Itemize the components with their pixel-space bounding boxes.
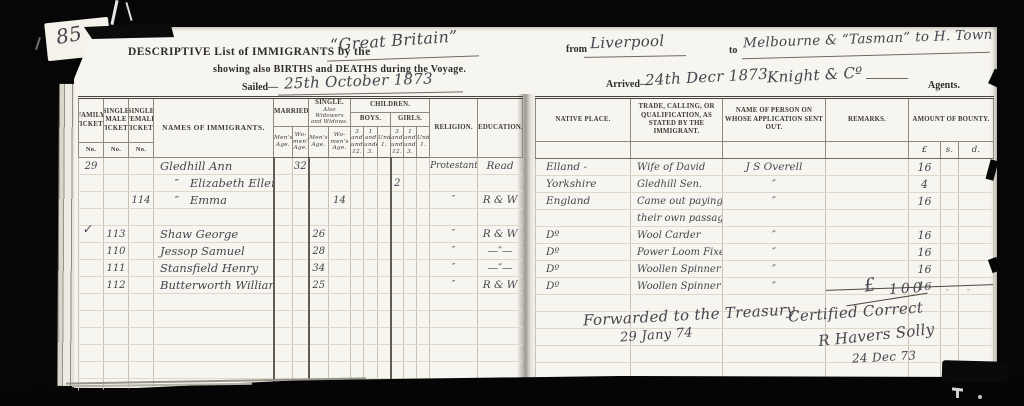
- cell-person: ″: [723, 244, 826, 261]
- cell-b3: [378, 277, 391, 294]
- col-children: CHILDREN.: [351, 98, 430, 113]
- cell-education: [478, 175, 523, 192]
- empty-row: [536, 346, 994, 363]
- single-male-label: SINGLE MALE TICKETS: [104, 99, 128, 143]
- single-mens-age: Men's Age.: [309, 127, 329, 158]
- family-no-label: No.: [79, 143, 103, 157]
- cell-empty: [404, 328, 417, 345]
- cell-empty: [478, 294, 523, 311]
- cell-g3: [417, 158, 430, 175]
- cell-education: —″—: [478, 243, 523, 260]
- cell-empty: [329, 311, 351, 328]
- cell-b1: [351, 277, 364, 294]
- cell-empty: [723, 346, 826, 363]
- cell-b3: [378, 209, 391, 226]
- cell-empty: [364, 345, 378, 362]
- cell-empty: [329, 362, 351, 379]
- girls-3-12: 3 and under 12.: [391, 127, 404, 158]
- cell-remarks: [826, 193, 909, 210]
- cell-mar-m: [274, 277, 293, 294]
- cell-empty: [104, 328, 129, 345]
- cell-education: [478, 209, 523, 226]
- cell-empty: [478, 345, 523, 362]
- cell-b1: [351, 226, 364, 243]
- cell-person: ″: [723, 193, 826, 210]
- binder-clip-bottom-right: [942, 360, 1009, 383]
- cell-empty: [404, 345, 417, 362]
- cell-native: Dº: [536, 227, 631, 244]
- cell-empty: [154, 362, 274, 379]
- single-female-no-label: No.: [129, 143, 153, 157]
- cell-sin-m: [309, 209, 329, 226]
- cell-empty: [129, 311, 154, 328]
- cell-empty: [329, 345, 351, 362]
- cell-b3: [378, 226, 391, 243]
- cell-empty: [404, 362, 417, 379]
- cell-empty: [417, 362, 430, 379]
- cell-empty: [293, 362, 309, 379]
- cell-sf: [129, 175, 154, 192]
- cell-g1: 2: [391, 175, 404, 192]
- agent-dash: [866, 78, 908, 79]
- cell-b3: [378, 192, 391, 209]
- cell-b2: [364, 175, 378, 192]
- cell-family: [79, 260, 104, 277]
- empty-row: [79, 328, 523, 345]
- cell-family: [79, 277, 104, 294]
- immigrants-table-header: FAMILY TICKETS No. SINGLE MALE TICKETS N…: [79, 98, 523, 158]
- remarks-spacer: [826, 142, 909, 159]
- boys-3-12: 3 and under 12.: [351, 127, 364, 158]
- cell-name: Butterworth William: [154, 277, 274, 294]
- col-single-female-tickets: SINGLE FEMALE TICKETS No.: [129, 98, 154, 158]
- cell-trade: Power Loom Fixer: [631, 244, 723, 261]
- cell-empty: [364, 328, 378, 345]
- bounty-row: EnglandCame out paying″16: [536, 193, 994, 210]
- girls-1-3: 1 and under 3.: [404, 127, 417, 158]
- cell-g1: [391, 192, 404, 209]
- person-spacer: [723, 142, 826, 159]
- cell-empty: [430, 328, 478, 345]
- cell-g2: [404, 260, 417, 277]
- cell-education: R & W: [478, 277, 523, 294]
- cell-empty: [378, 294, 391, 311]
- cell-empty: [293, 294, 309, 311]
- cell-sin-m: [309, 192, 329, 209]
- cell-mar-w: [293, 226, 309, 243]
- cell-empty: [274, 294, 293, 311]
- cell-trade: Wool Carder: [631, 227, 723, 244]
- cell-b2: [364, 277, 378, 294]
- cell-g1: [391, 158, 404, 175]
- cell-education: R & W: [478, 226, 523, 243]
- cell-empty: [351, 311, 364, 328]
- cell-empty: [293, 345, 309, 362]
- cell-empty: [309, 294, 329, 311]
- shillings-label: s.: [941, 142, 959, 159]
- cell-sin-w: [329, 277, 351, 294]
- cell-native: Dº: [536, 244, 631, 261]
- cell-mar-w: [293, 175, 309, 192]
- col-education: EDUCATION.: [478, 98, 523, 158]
- sailed-label: Sailed—: [242, 82, 278, 93]
- cell-sin-w: 14: [329, 192, 351, 209]
- immigrant-row: 114 ″ Emma14″R & W: [79, 192, 523, 209]
- cell-mar-m: [274, 175, 293, 192]
- married-mens-age: Men's Age.: [274, 127, 293, 158]
- cell-b2: [364, 209, 378, 226]
- row-checkmark: ✓: [81, 221, 93, 236]
- cell-empty: [391, 328, 404, 345]
- cell-g1: [391, 209, 404, 226]
- cell-religion: ″: [430, 277, 478, 294]
- cell-empty: [430, 294, 478, 311]
- col-married: MARRIED.: [274, 98, 309, 127]
- cell-empty: [351, 345, 364, 362]
- cell-empty: [430, 362, 478, 379]
- cell-empty: [417, 311, 430, 328]
- cell-native: [536, 210, 631, 227]
- empty-row: [79, 294, 523, 311]
- cell-family: [79, 243, 104, 260]
- total-currency: £: [863, 274, 878, 296]
- cell-empty: [104, 311, 129, 328]
- cell-b2: [364, 243, 378, 260]
- cell-empty: [79, 311, 104, 328]
- binder-clip-wire: [110, 0, 118, 25]
- page-number: 85: [54, 21, 84, 49]
- cell-empty: [274, 311, 293, 328]
- cell-b2: [364, 158, 378, 175]
- cell-empty: [274, 345, 293, 362]
- cell-sin-w: [329, 209, 351, 226]
- cell-name: Jessop Samuel: [154, 243, 274, 260]
- from-label: from: [566, 44, 587, 55]
- cell-g3: [417, 175, 430, 192]
- cell-pounds: 16: [909, 244, 941, 261]
- cell-empty: [391, 345, 404, 362]
- cell-g3: [417, 226, 430, 243]
- col-family-tickets: FAMILY TICKETS No.: [79, 98, 104, 158]
- cell-sm: [104, 209, 129, 226]
- single-note: Also Widowers and Widows.: [309, 108, 350, 126]
- cell-education: Read: [478, 158, 523, 175]
- empty-row: [79, 345, 523, 362]
- cell-empty: [631, 346, 723, 363]
- cell-religion: ″: [430, 243, 478, 260]
- cell-sf: [129, 226, 154, 243]
- cell-empty: [79, 294, 104, 311]
- cell-sf: [129, 209, 154, 226]
- empty-row: [79, 311, 523, 328]
- cell-sin-w: [329, 260, 351, 277]
- immigrant-row: [79, 209, 523, 226]
- cell-g3: [417, 192, 430, 209]
- cell-empty: [154, 328, 274, 345]
- cell-sin-m: 26: [309, 226, 329, 243]
- agents-label: Agents.: [928, 80, 960, 91]
- cell-name: [154, 209, 274, 226]
- bounty-row: YorkshireGledhill Sen.″4: [536, 176, 994, 193]
- cell-b3: [378, 175, 391, 192]
- cell-trade: Woollen Spinner: [631, 278, 723, 295]
- immigrant-row: 112Butterworth William25″R & W: [79, 277, 523, 294]
- cell-sin-m: 28: [309, 243, 329, 260]
- cell-b2: [364, 260, 378, 277]
- cell-empty: [309, 362, 329, 379]
- cell-empty: [104, 362, 129, 379]
- cell-person: ″: [723, 176, 826, 193]
- cell-empty: [941, 312, 959, 329]
- cell-mar-m: [274, 243, 293, 260]
- cell-empty: [351, 328, 364, 345]
- cell-religion: ″: [430, 226, 478, 243]
- cell-sin-w: [329, 158, 351, 175]
- col-single: SINGLE. Also Widowers and Widows.: [309, 98, 351, 127]
- bounty-row: Elland -Wife of DavidJ S Overell16: [536, 159, 994, 176]
- cell-empty: [941, 295, 959, 312]
- cell-empty: [309, 345, 329, 362]
- cell-sm: 110: [104, 243, 129, 260]
- cell-family: [79, 175, 104, 192]
- boys-1-3: 1 and under 3.: [364, 127, 378, 158]
- cell-sf: [129, 243, 154, 260]
- cell-pence: [959, 227, 994, 244]
- bounty-row: DºWool Carder″16: [536, 227, 994, 244]
- cell-empty: [79, 328, 104, 345]
- immigrant-row: 29Gledhill Ann32ProtestantRead: [79, 158, 523, 175]
- cell-mar-w: [293, 260, 309, 277]
- cell-g2: [404, 158, 417, 175]
- cell-g3: [417, 243, 430, 260]
- col-native-place: NATIVE PLACE.: [536, 98, 631, 142]
- cell-native: Yorkshire: [536, 176, 631, 193]
- cell-empty: [430, 345, 478, 362]
- cell-name: Stansfield Henry: [154, 260, 274, 277]
- cell-empty: [417, 294, 430, 311]
- cell-b1: [351, 158, 364, 175]
- cell-remarks: [826, 210, 909, 227]
- col-person: NAME OF PERSON ON WHOSE APPLICATION SENT…: [723, 98, 826, 142]
- cell-g3: [417, 277, 430, 294]
- cell-b1: [351, 209, 364, 226]
- scan-artifact-mark: [956, 390, 959, 398]
- cell-family: 29: [79, 158, 104, 175]
- cell-empty: [536, 329, 631, 346]
- cell-remarks: [826, 159, 909, 176]
- cell-remarks: [826, 176, 909, 193]
- cell-empty: [104, 345, 129, 362]
- cell-empty: [364, 362, 378, 379]
- cell-education: R & W: [478, 192, 523, 209]
- cell-empty: [378, 328, 391, 345]
- cell-sm: 112: [104, 277, 129, 294]
- cell-g1: [391, 243, 404, 260]
- cell-g3: [417, 260, 430, 277]
- family-tickets-label: FAMILY TICKETS: [79, 99, 103, 143]
- cell-empty: [309, 311, 329, 328]
- cell-shillings: [941, 159, 959, 176]
- cell-native: Dº: [536, 278, 631, 295]
- cell-name: ″ Emma: [154, 192, 274, 209]
- cell-empty: [104, 294, 129, 311]
- cell-person: ″: [723, 261, 826, 278]
- cell-name: Gledhill Ann: [154, 158, 274, 175]
- cell-sin-m: 25: [309, 277, 329, 294]
- immigrant-row: 110Jessop Samuel28″—″—: [79, 243, 523, 260]
- cell-g2: [404, 192, 417, 209]
- cell-b3: [378, 243, 391, 260]
- cell-sf: [129, 158, 154, 175]
- cell-mar-w: [293, 209, 309, 226]
- cell-trade: Gledhill Sen.: [631, 176, 723, 193]
- cell-sm: 113: [104, 226, 129, 243]
- cell-empty: [329, 294, 351, 311]
- cell-sm: [104, 158, 129, 175]
- cell-empty: [959, 295, 994, 312]
- cell-name: ″ Elizabeth Ellen: [154, 175, 274, 192]
- cell-empty: [478, 311, 523, 328]
- cell-empty: [959, 312, 994, 329]
- cell-b1: [351, 260, 364, 277]
- scanned-ledger-spread: 85 DESCRIPTIVE List of IMMIGRANTS by the…: [0, 0, 1024, 406]
- cell-g2: [404, 209, 417, 226]
- cell-person: ″: [723, 227, 826, 244]
- stray-mark: [35, 37, 41, 50]
- cell-family: [79, 192, 104, 209]
- cell-g2: [404, 226, 417, 243]
- cell-b3: [378, 158, 391, 175]
- cell-empty: [274, 362, 293, 379]
- cell-empty: [391, 311, 404, 328]
- cell-g3: [417, 209, 430, 226]
- col-names: NAMES OF IMMIGRANTS.: [154, 98, 274, 158]
- cell-mar-w: 32: [293, 158, 309, 175]
- cell-empty: [404, 294, 417, 311]
- cell-g2: [404, 175, 417, 192]
- cell-religion: Protestant: [430, 158, 478, 175]
- cell-sm: 111: [104, 260, 129, 277]
- cell-native: Elland -: [536, 159, 631, 176]
- cell-sin-m: 34: [309, 260, 329, 277]
- col-amount-of-bounty: AMOUNT OF BOUNTY.: [909, 98, 994, 142]
- cell-empty: [417, 345, 430, 362]
- cell-empty: [378, 362, 391, 379]
- cell-person: [723, 210, 826, 227]
- trade-spacer: [631, 142, 723, 159]
- cell-sm: [104, 192, 129, 209]
- cell-sm: [104, 175, 129, 192]
- cell-empty: [293, 328, 309, 345]
- cell-person: ″: [723, 278, 826, 295]
- cell-name: Shaw George: [154, 226, 274, 243]
- cell-empty: [723, 329, 826, 346]
- cell-empty: [430, 311, 478, 328]
- binder-clip-wire: [125, 2, 132, 21]
- cell-person: J S Overell: [723, 159, 826, 176]
- cell-empty: [129, 345, 154, 362]
- native-place-spacer: [536, 142, 631, 159]
- cell-sin-m: [309, 175, 329, 192]
- to-label: to: [729, 45, 737, 56]
- cell-b1: [351, 243, 364, 260]
- col-boys: BOYS.: [351, 112, 391, 127]
- cell-pounds: 16: [909, 159, 941, 176]
- immigrant-row: 111Stansfield Henry34″—″—: [79, 260, 523, 277]
- cell-empty: [478, 328, 523, 345]
- cell-religion: [430, 175, 478, 192]
- boys-u1: Under 1.: [378, 127, 391, 158]
- cell-g2: [404, 243, 417, 260]
- cell-remarks: [826, 227, 909, 244]
- cell-pounds: 16: [909, 193, 941, 210]
- cell-pounds: 16: [909, 261, 941, 278]
- cell-shillings: [941, 227, 959, 244]
- cell-mar-m: [274, 192, 293, 209]
- cell-sin-w: [329, 175, 351, 192]
- cell-native: England: [536, 193, 631, 210]
- col-religion: RELIGION.: [430, 98, 478, 158]
- cell-pounds: 16: [909, 227, 941, 244]
- cell-sin-m: [309, 158, 329, 175]
- cell-empty: [351, 362, 364, 379]
- cell-empty: [329, 328, 351, 345]
- col-remarks: REMARKS.: [826, 98, 909, 142]
- col-single-male-tickets: SINGLE MALE TICKETS No.: [104, 98, 129, 158]
- cell-empty: [129, 362, 154, 379]
- cell-b1: [351, 175, 364, 192]
- cell-trade: their own passage: [631, 210, 723, 227]
- bounty-row: DºPower Loom Fixer″16: [536, 244, 994, 261]
- cell-b1: [351, 192, 364, 209]
- cell-religion: [430, 209, 478, 226]
- cell-sf: [129, 277, 154, 294]
- cell-sf: 114: [129, 192, 154, 209]
- cell-empty: [536, 346, 631, 363]
- cell-shillings: [941, 193, 959, 210]
- total-pence-mark: ″: [967, 288, 970, 297]
- cell-religion: ″: [430, 260, 478, 277]
- immigrants-table: FAMILY TICKETS No. SINGLE MALE TICKETS N…: [78, 96, 523, 406]
- scan-artifact-mark: [978, 395, 982, 399]
- cell-shillings: [941, 176, 959, 193]
- cell-b2: [364, 226, 378, 243]
- cell-trade: Woollen Spinner: [631, 261, 723, 278]
- from-value: Liverpool: [590, 32, 665, 53]
- cell-g2: [404, 277, 417, 294]
- cell-empty: [79, 345, 104, 362]
- cell-empty: [364, 294, 378, 311]
- cell-pounds: [909, 210, 941, 227]
- cell-empty: [378, 311, 391, 328]
- cell-b2: [364, 192, 378, 209]
- cell-shillings: [941, 261, 959, 278]
- cell-empty: [154, 294, 274, 311]
- pounds-label: £: [909, 142, 941, 159]
- girls-u1: Under 1.: [417, 127, 430, 158]
- cell-sin-w: [329, 243, 351, 260]
- cell-sin-w: [329, 226, 351, 243]
- cell-empty: [309, 328, 329, 345]
- single-womens-age: Wo-men's Age.: [329, 127, 351, 158]
- cell-empty: [364, 311, 378, 328]
- cell-b3: [378, 260, 391, 277]
- cell-mar-w: [293, 192, 309, 209]
- col-girls: GIRLS.: [391, 112, 430, 127]
- cell-empty: [79, 362, 104, 379]
- cell-empty: [293, 311, 309, 328]
- cell-empty: [391, 294, 404, 311]
